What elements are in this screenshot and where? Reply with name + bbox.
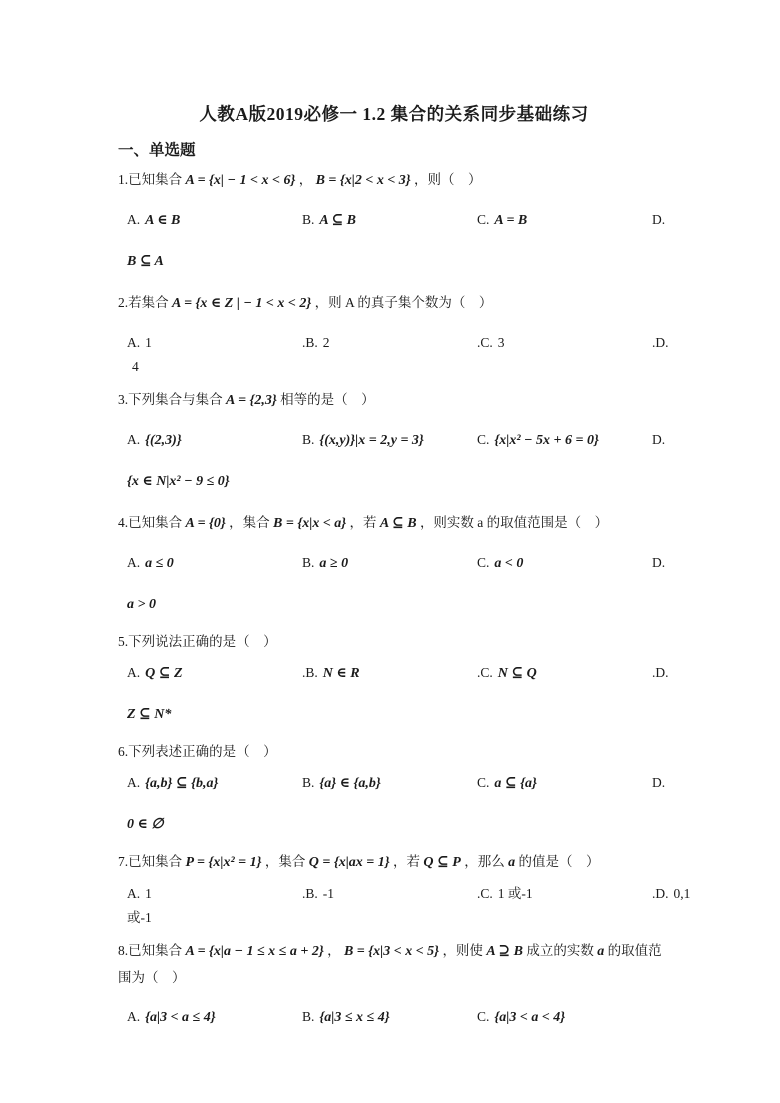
option-d: .D. — [652, 331, 674, 355]
option-label: A. — [127, 432, 140, 447]
option-label: B. — [302, 775, 314, 790]
stem-math: A = {x|a − 1 ≤ x ≤ a + 2} — [186, 944, 324, 959]
option-label: .B. — [302, 886, 318, 901]
option-b: .B.2 — [302, 331, 477, 355]
option-content: {(2,3)} — [145, 433, 182, 448]
option-content: Q ⊆ Z — [145, 666, 182, 681]
option-content: {a,b} ⊆ {b,a} — [145, 776, 218, 791]
option-label: D. — [652, 432, 665, 447]
option-a: A.A ∈ B — [127, 208, 302, 233]
option-content: 2 — [323, 335, 330, 350]
stem-text: ，集合 — [262, 854, 309, 869]
option-d-overflow: 或-1 — [118, 906, 670, 930]
option-content: 1 或-1 — [498, 886, 533, 901]
stem-math: A = {0} — [186, 516, 226, 531]
question-stem: 3.下列集合与集合 A = {2,3} 相等的是（ ） — [118, 387, 670, 414]
option-content: {a|3 < a < 4} — [494, 1010, 565, 1025]
stem-text: ，则（ ） — [411, 172, 482, 187]
stem-text: 4.已知集合 — [118, 515, 186, 530]
option-content: 3 — [498, 335, 505, 350]
option-c: C.A = B — [477, 208, 652, 233]
option-b: B.A ⊆ B — [302, 208, 477, 233]
stem-text: 的值是（ ） — [515, 854, 599, 869]
option-content: {(x,y)}|x = 2,y = 3} — [319, 433, 423, 448]
option-d: D. — [652, 208, 670, 233]
option-label: A. — [127, 775, 140, 790]
stem-math: B = {x|2 < x < 3} — [316, 173, 411, 188]
option-b: B.{a} ∈ {a,b} — [302, 771, 477, 796]
option-content: a ≥ 0 — [319, 556, 348, 571]
stem-text: 1.已知集合 — [118, 172, 186, 187]
question-1: 1.已知集合 A = {x| − 1 < x < 6} ， B = {x|2 <… — [118, 167, 670, 274]
option-b: .B.N ∈ R — [302, 661, 477, 686]
question-6: 6.下列表述正确的是（ ）A.{a,b} ⊆ {b,a}B.{a} ∈ {a,b… — [118, 739, 670, 837]
option-label: C. — [477, 212, 489, 227]
question-3: 3.下列集合与集合 A = {2,3} 相等的是（ ）A.{(2,3)}B.{(… — [118, 387, 670, 494]
stem-math: A = {2,3} — [226, 393, 277, 408]
question-5: 5.下列说法正确的是（ ）A.Q ⊆ Z.B.N ∈ R.C.N ⊆ Q.D.Z… — [118, 629, 670, 727]
worksheet-content: 人教A版2019必修一 1.2 集合的关系同步基础练习 一、单选题 1.已知集合… — [118, 0, 670, 1030]
option-a: A.1 — [127, 882, 302, 906]
options-row: A.A ∈ BB.A ⊆ BC.A = BD. — [118, 208, 670, 233]
stem-text: ，若 — [390, 854, 424, 869]
question-stem: 7.已知集合 P = {x|x² = 1} ，集合 Q = {x|ax = 1}… — [118, 849, 670, 876]
option-d: D. — [652, 428, 670, 453]
option-b: B.{a|3 ≤ x ≤ 4} — [302, 1005, 477, 1030]
stem-text: ，若 — [346, 515, 380, 530]
document-title: 人教A版2019必修一 1.2 集合的关系同步基础练习 — [118, 101, 670, 127]
option-content: {a|3 ≤ x ≤ 4} — [319, 1010, 389, 1025]
stem-text: 5.下列说法正确的是（ ） — [118, 634, 277, 649]
option-c: C.a ⊆ {a} — [477, 771, 652, 796]
question-2: 2.若集合 A = {x ∈ Z | − 1 < x < 2} ，则 A 的真子… — [118, 290, 670, 379]
option-c: C.{a|3 < a < 4} — [477, 1005, 652, 1030]
options-row: A.a ≤ 0B.a ≥ 0C.a < 0D. — [118, 551, 670, 576]
options-row: A.{a|3 < a ≤ 4}B.{a|3 ≤ x ≤ 4}C.{a|3 < a… — [118, 1005, 670, 1030]
option-label: C. — [477, 432, 489, 447]
option-label: A. — [127, 665, 140, 680]
option-label: B. — [302, 212, 314, 227]
stem-text: 3.下列集合与集合 — [118, 392, 226, 407]
option-label: .C. — [477, 335, 493, 350]
option-d-overflow: B ⊆ A — [118, 250, 670, 274]
option-label: A. — [127, 335, 140, 350]
option-d-overflow: 0 ∈ ∅ — [118, 813, 670, 837]
option-d: .D. — [652, 661, 674, 686]
questions-list: 1.已知集合 A = {x| − 1 < x < 6} ， B = {x|2 <… — [118, 167, 670, 1030]
stem-text: 成立的实数 — [523, 943, 597, 958]
option-label: C. — [477, 1009, 489, 1024]
question-stem: 1.已知集合 A = {x| − 1 < x < 6} ， B = {x|2 <… — [118, 167, 670, 194]
stem-math: B = {x|3 < x < 5} — [344, 944, 439, 959]
option-b: B.a ≥ 0 — [302, 551, 477, 576]
option-content: A ⊆ B — [319, 213, 356, 228]
option-label: A. — [127, 555, 140, 570]
stem-math: Q = {x|ax = 1} — [309, 855, 390, 870]
option-a: A.{a,b} ⊆ {b,a} — [127, 771, 302, 796]
question-stem: 2.若集合 A = {x ∈ Z | − 1 < x < 2} ，则 A 的真子… — [118, 290, 670, 317]
option-label: B. — [302, 1009, 314, 1024]
option-label: C. — [477, 775, 489, 790]
option-label: B. — [302, 555, 314, 570]
option-d-overflow: 4 — [118, 355, 670, 379]
stem-text: 8.已知集合 — [118, 943, 186, 958]
option-a: A.a ≤ 0 — [127, 551, 302, 576]
option-content: 1 — [145, 886, 152, 901]
question-7: 7.已知集合 P = {x|x² = 1} ，集合 Q = {x|ax = 1}… — [118, 849, 670, 930]
stem-text: ， — [295, 172, 315, 187]
option-c: C.{x|x² − 5x + 6 = 0} — [477, 428, 652, 453]
stem-text: 7.已知集合 — [118, 854, 186, 869]
option-label: B. — [302, 432, 314, 447]
stem-text: ， — [324, 943, 344, 958]
option-d: .D.0,1 — [652, 882, 690, 906]
option-b: B.{(x,y)}|x = 2,y = 3} — [302, 428, 477, 453]
option-c: C.a < 0 — [477, 551, 652, 576]
option-a: A.1 — [127, 331, 302, 355]
question-stem: 8.已知集合 A = {x|a − 1 ≤ x ≤ a + 2} ， B = {… — [118, 938, 670, 991]
stem-math: Q ⊆ P — [423, 855, 460, 870]
option-d: D. — [652, 551, 670, 576]
option-content: N ∈ R — [323, 666, 360, 681]
option-content: {a} ∈ {a,b} — [319, 776, 380, 791]
stem-math: P = {x|x² = 1} — [186, 855, 262, 870]
option-label: A. — [127, 886, 140, 901]
option-c: .C.N ⊆ Q — [477, 661, 652, 686]
stem-math: B = {x|x < a} — [273, 516, 346, 531]
question-stem: 6.下列表述正确的是（ ） — [118, 739, 670, 765]
option-label: .D. — [652, 335, 669, 350]
option-d-overflow: {x ∈ N|x² − 9 ≤ 0} — [118, 470, 670, 494]
option-content: A ∈ B — [145, 213, 180, 228]
question-stem: 5.下列说法正确的是（ ） — [118, 629, 670, 655]
option-c: .C.3 — [477, 331, 652, 355]
stem-text: ，那么 — [461, 854, 508, 869]
option-d-overflow: a > 0 — [118, 593, 670, 617]
stem-text: ，则 A 的真子集个数为（ ） — [311, 295, 492, 310]
option-content: A = B — [494, 213, 527, 228]
option-d-overflow: Z ⊆ N* — [118, 703, 670, 727]
option-content: N ⊆ Q — [498, 666, 537, 681]
option-content: 1 — [145, 335, 152, 350]
option-label: .D. — [652, 665, 669, 680]
worksheet-page: 人教A版2019必修一 1.2 集合的关系同步基础练习 一、单选题 1.已知集合… — [0, 0, 780, 1103]
question-stem: 4.已知集合 A = {0} ，集合 B = {x|x < a} ，若 A ⊆ … — [118, 510, 670, 537]
option-a: A.Q ⊆ Z — [127, 661, 302, 686]
option-b: .B.-1 — [302, 882, 477, 906]
option-label: .D. — [652, 886, 669, 901]
stem-text: 2.若集合 — [118, 295, 172, 310]
option-label: .B. — [302, 665, 318, 680]
stem-text: ，则使 — [439, 943, 486, 958]
option-label: A. — [127, 212, 140, 227]
option-label: .B. — [302, 335, 318, 350]
stem-text: ，集合 — [226, 515, 273, 530]
option-label: D. — [652, 775, 665, 790]
option-a: A.{a|3 < a ≤ 4} — [127, 1005, 302, 1030]
option-label: A. — [127, 1009, 140, 1024]
stem-math: A = {x ∈ Z | − 1 < x < 2} — [172, 296, 311, 311]
stem-math: A ⊆ B — [380, 516, 417, 531]
option-content: {a|3 < a ≤ 4} — [145, 1010, 216, 1025]
option-label: C. — [477, 555, 489, 570]
option-a: A.{(2,3)} — [127, 428, 302, 453]
option-content: 0,1 — [674, 886, 691, 901]
option-label: .C. — [477, 665, 493, 680]
stem-math: A ⊇ B — [486, 944, 523, 959]
option-label: .C. — [477, 886, 493, 901]
option-content: {x|x² − 5x + 6 = 0} — [494, 433, 598, 448]
question-4: 4.已知集合 A = {0} ，集合 B = {x|x < a} ，若 A ⊆ … — [118, 510, 670, 617]
section-header: 一、单选题 — [118, 141, 670, 161]
stem-text: 相等的是（ ） — [277, 392, 375, 407]
options-row: A.Q ⊆ Z.B.N ∈ R.C.N ⊆ Q.D. — [118, 661, 670, 686]
stem-text: 6.下列表述正确的是（ ） — [118, 744, 277, 759]
option-label: D. — [652, 555, 665, 570]
question-8: 8.已知集合 A = {x|a − 1 ≤ x ≤ a + 2} ， B = {… — [118, 938, 670, 1030]
option-content: -1 — [323, 886, 334, 901]
option-d: D. — [652, 771, 670, 796]
option-content: a < 0 — [494, 556, 523, 571]
option-label: D. — [652, 212, 665, 227]
option-content: a ≤ 0 — [145, 556, 174, 571]
options-row: A.{(2,3)}B.{(x,y)}|x = 2,y = 3}C.{x|x² −… — [118, 428, 670, 453]
options-row: A.{a,b} ⊆ {b,a}B.{a} ∈ {a,b}C.a ⊆ {a}D. — [118, 771, 670, 796]
options-row: A.1.B.2.C.3.D. — [118, 331, 670, 355]
options-row: A.1.B.-1.C.1 或-1.D.0,1 — [118, 882, 670, 906]
option-content: a ⊆ {a} — [494, 776, 536, 791]
stem-text: ，则实数 a 的取值范围是（ ） — [417, 515, 609, 530]
stem-math: A = {x| − 1 < x < 6} — [186, 173, 296, 188]
option-c: .C.1 或-1 — [477, 882, 652, 906]
